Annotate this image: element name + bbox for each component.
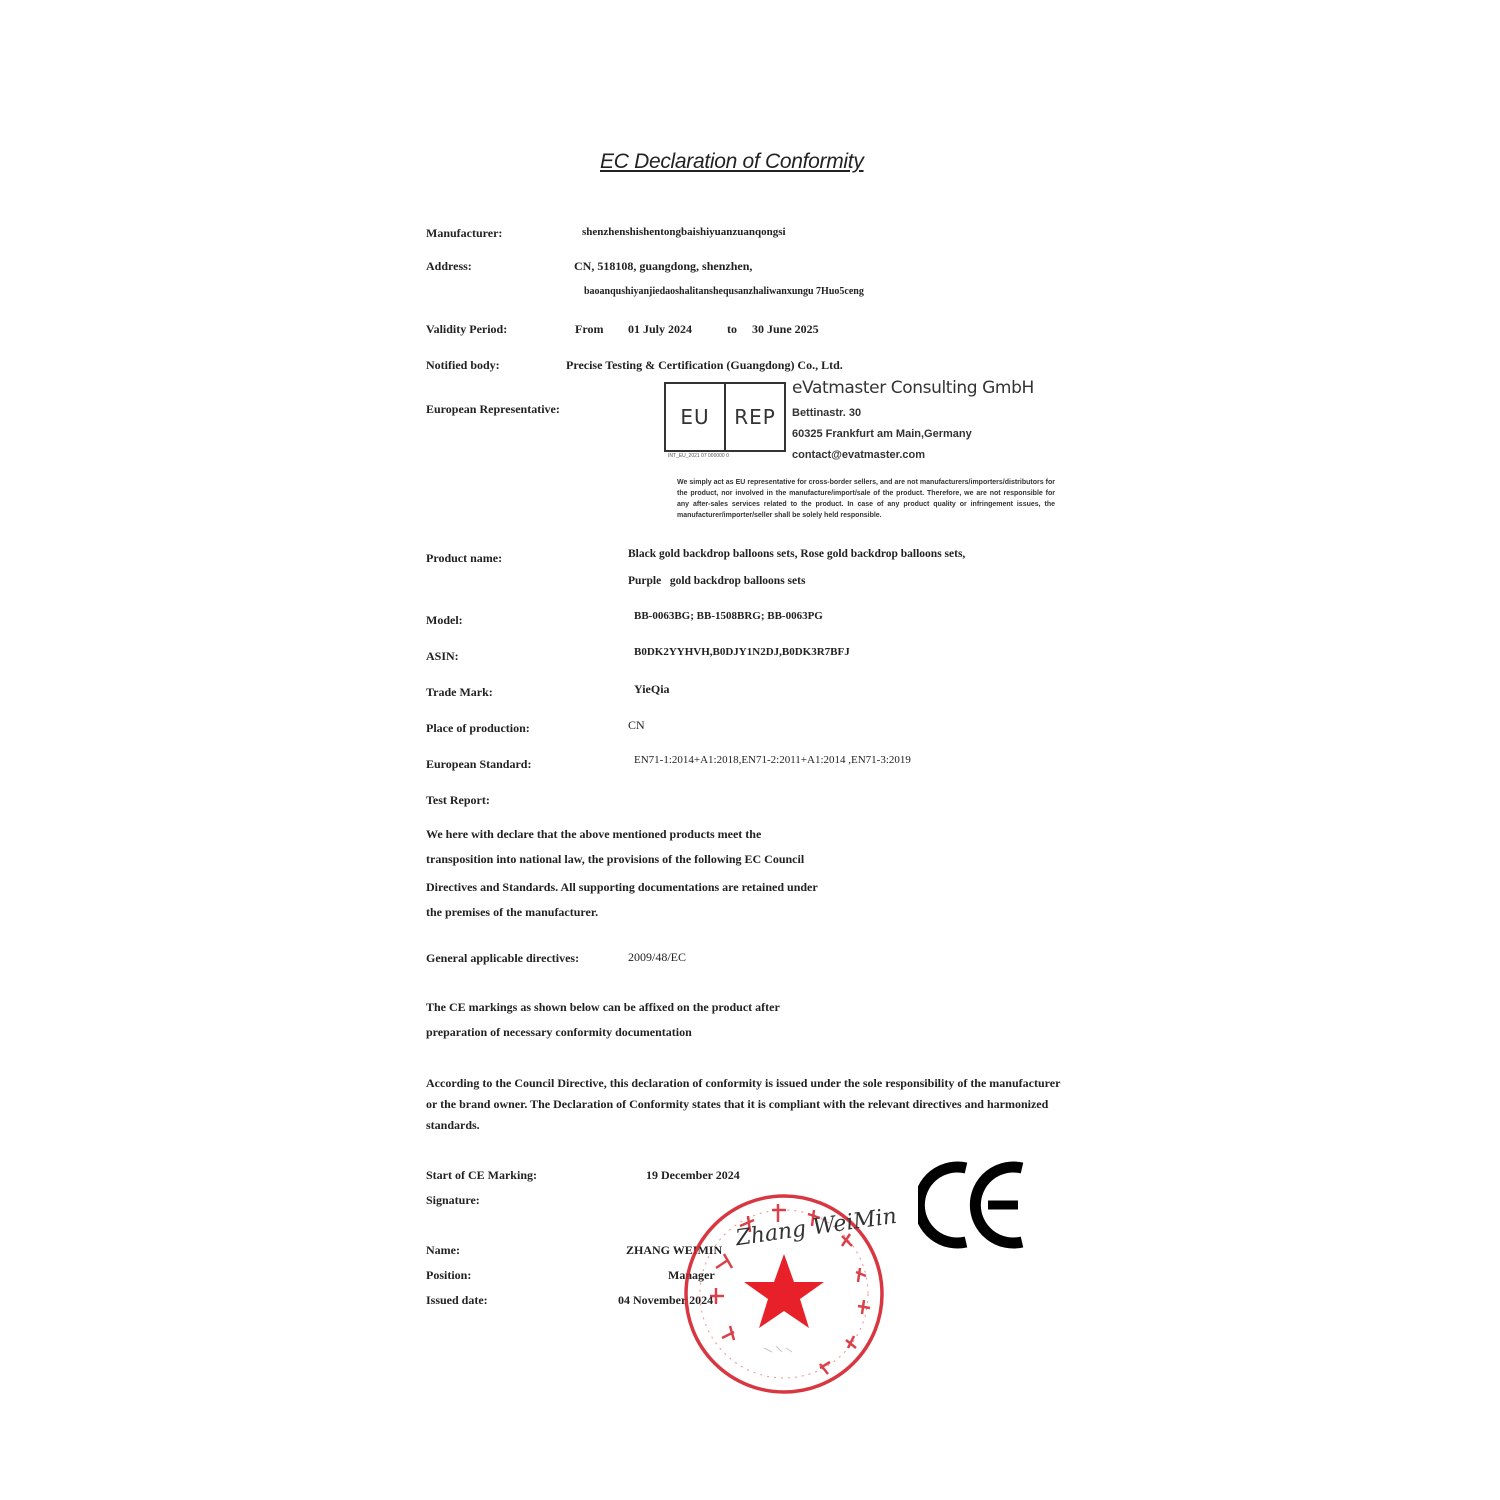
start-ce-value: 19 December 2024 <box>646 1168 740 1183</box>
product-name-line2: Purple gold backdrop balloons sets <box>628 575 805 587</box>
issued-date-label: Issued date: <box>426 1293 488 1308</box>
ce-line: preparation of necessary conformity docu… <box>426 1020 780 1045</box>
model-value: BB-0063BG; BB-1508BRG; BB-0063PG <box>634 610 823 622</box>
validity-to: 30 June 2025 <box>752 322 819 337</box>
eu-rep-street: Bettinastr. 30 <box>792 407 861 419</box>
model-label: Model: <box>426 613 463 628</box>
declaration-line: Directives and Standards. All supporting… <box>426 875 818 900</box>
eu-rep-company: eVatmaster Consulting GmbH <box>792 378 1034 398</box>
eu-rep-badge: EU REP <box>664 382 786 452</box>
ce-line: The CE markings as shown below can be af… <box>426 995 780 1020</box>
eu-rep-email: contact@evatmaster.com <box>792 449 925 461</box>
ce-paragraph: The CE markings as shown below can be af… <box>426 995 780 1045</box>
declaration-paragraph: We here with declare that the above ment… <box>426 822 818 925</box>
eu-rep-badge-left: EU <box>666 384 724 450</box>
eu-rep-label: European Representative: <box>426 402 560 417</box>
asin-value: B0DK2YYHVH,B0DJY1N2DJ,B0DK3R7BFJ <box>634 646 850 658</box>
trade-mark-value: YieQia <box>634 682 670 697</box>
european-standard-label: European Standard: <box>426 757 531 772</box>
eu-rep-badge-code: INT_EU_2021 07 000000 0 <box>668 453 729 459</box>
ce-mark-icon <box>918 1160 1028 1250</box>
address-label: Address: <box>426 259 472 274</box>
document-title: EC Declaration of Conformity <box>600 150 910 174</box>
start-ce-label: Start of CE Marking: <box>426 1168 537 1183</box>
directives-value: 2009/48/EC <box>628 950 686 965</box>
declaration-line: transposition into national law, the pro… <box>426 847 818 872</box>
signature-label: Signature: <box>426 1193 480 1208</box>
declaration-line: the premises of the manufacturer. <box>426 900 818 925</box>
notified-body-label: Notified body: <box>426 358 500 373</box>
place-of-production-value: CN <box>628 718 645 733</box>
directives-label: General applicable directives: <box>426 951 579 966</box>
validity-to-label: to <box>727 322 737 337</box>
manufacturer-label: Manufacturer: <box>426 226 502 241</box>
validity-label: Validity Period: <box>426 322 507 337</box>
manufacturer-value: shenzhenshishentongbaishiyuanzuanqongsi <box>582 226 786 238</box>
according-paragraph: According to the Council Directive, this… <box>426 1073 1066 1136</box>
eu-rep-disclaimer: We simply act as EU representative for c… <box>677 477 1055 521</box>
eu-rep-city: 60325 Frankfurt am Main,Germany <box>792 428 972 440</box>
validity-from: 01 July 2024 <box>628 322 692 337</box>
european-standard-value: EN71-1:2014+A1:2018,EN71-2:2011+A1:2014 … <box>634 754 911 766</box>
test-report-label: Test Report: <box>426 793 490 808</box>
declaration-document: EC Declaration of Conformity Manufacture… <box>0 0 1500 1500</box>
declaration-line: We here with declare that the above ment… <box>426 822 818 847</box>
asin-label: ASIN: <box>426 649 459 664</box>
place-of-production-label: Place of production: <box>426 721 530 736</box>
name-label: Name: <box>426 1243 460 1258</box>
notified-body-value: Precise Testing & Certification (Guangdo… <box>566 358 843 373</box>
address-line2: baoanqushiyanjiedaoshalitanshequsanzhali… <box>584 286 864 297</box>
product-name-line1: Black gold backdrop balloons sets, Rose … <box>628 548 965 560</box>
position-label: Position: <box>426 1268 471 1283</box>
validity-from-label: From <box>575 322 603 337</box>
eu-rep-badge-right: REP <box>724 384 784 450</box>
product-name-label: Product name: <box>426 551 502 566</box>
address-line1: CN, 518108, guangdong, shenzhen, <box>574 259 752 274</box>
trade-mark-label: Trade Mark: <box>426 685 493 700</box>
